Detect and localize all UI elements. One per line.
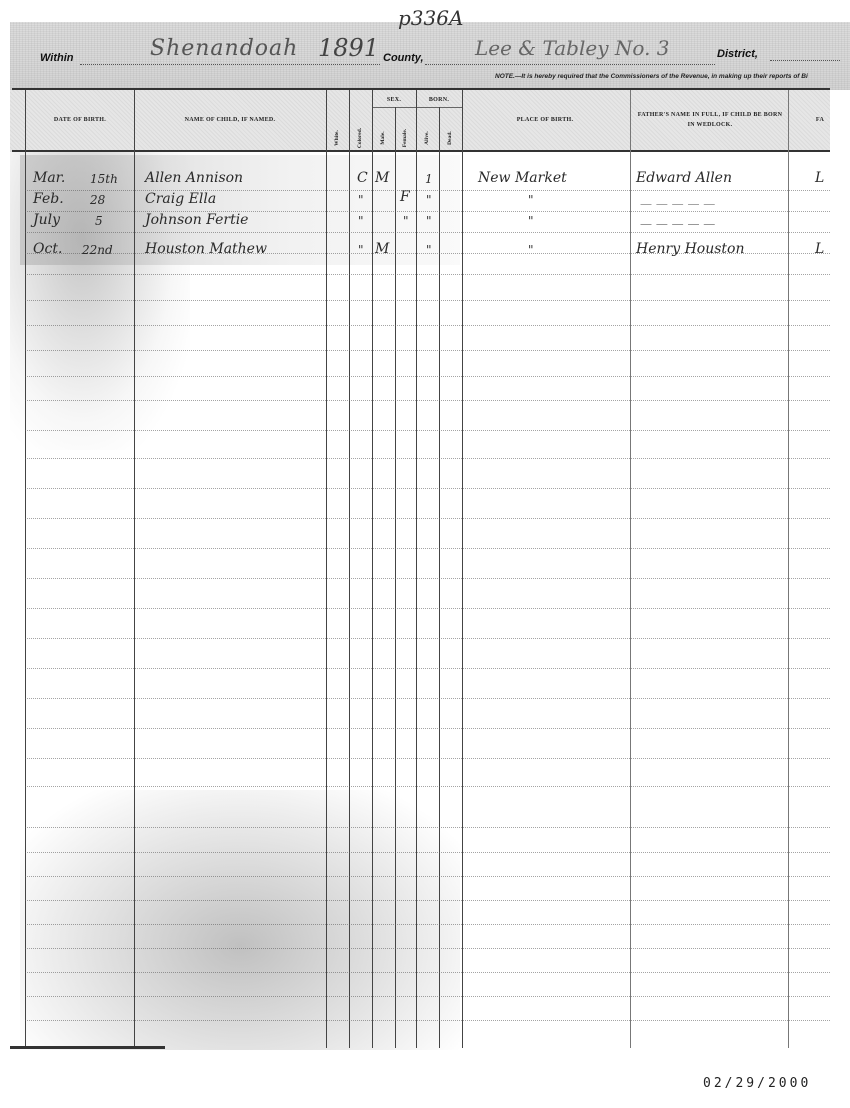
child-name: Houston Mathew [145, 241, 267, 257]
father-name: — — — — — [640, 217, 715, 231]
row-rule [25, 876, 830, 877]
header-dead: Dead. [447, 123, 453, 153]
header-born: Born. [416, 97, 462, 103]
alive-mark: 1 [425, 172, 433, 186]
scan-date-stamp: 02/29/2000 [703, 1076, 811, 1091]
row-rule [25, 488, 830, 489]
father-name: — — — — — [640, 197, 715, 211]
row-rule [25, 758, 830, 759]
row-rule [25, 1020, 830, 1021]
birth-day: 5 [95, 214, 103, 228]
row-rule [25, 400, 830, 401]
race-mark: " [358, 243, 364, 257]
header-name-of-child: Name of Child, if Named. [140, 117, 320, 123]
row-rule [25, 668, 830, 669]
race-mark: " [358, 193, 364, 207]
sex-mark: M [375, 170, 389, 186]
row-rule [25, 350, 830, 351]
county-fill-line [80, 64, 380, 65]
row-rule [25, 232, 830, 233]
header-male: Male. [380, 123, 386, 153]
row-rule [25, 548, 830, 549]
birth-place: New Market [478, 170, 567, 186]
row-rule [25, 852, 830, 853]
register-year: 1891 [318, 34, 379, 62]
child-name: Craig Ella [145, 191, 216, 207]
header-date-of-birth: Date of Birth. [30, 117, 130, 123]
header-female: Female. [402, 123, 408, 153]
header-alive: Alive. [424, 123, 430, 153]
sex-mark: " [403, 214, 409, 228]
birth-month: Mar. [33, 170, 65, 186]
row-rule [25, 638, 830, 639]
district-name: Lee & Tabley No. 3 [475, 36, 670, 60]
column-divider [25, 90, 26, 1048]
birth-month: Oct. [33, 241, 62, 257]
birth-place: " [528, 243, 534, 257]
birth-day: 28 [90, 193, 105, 207]
row-rule [25, 376, 830, 377]
row-rule [25, 996, 830, 997]
row-rule [25, 274, 830, 275]
header-white: White. [334, 123, 340, 153]
column-divider [134, 90, 135, 1048]
column-divider [326, 90, 327, 1048]
instruction-note: NOTE.—It is hereby required that the Com… [495, 73, 808, 80]
header-fathers-name: Father's Name in Full, if Child be Born … [636, 110, 784, 130]
race-mark: " [358, 214, 364, 228]
page-bottom-edge [10, 1046, 165, 1049]
column-divider [462, 90, 463, 1048]
race-mark: C [357, 170, 368, 186]
birth-month: Feb. [33, 191, 64, 207]
row-rule [25, 972, 830, 973]
scan-shading-bottom [20, 790, 460, 1050]
row-rule [25, 325, 830, 326]
father-name: Henry Houston [636, 241, 744, 257]
row-rule [25, 900, 830, 901]
row-rule [25, 948, 830, 949]
row-rule [25, 827, 830, 828]
birth-register-page: p336A Within Shenandoah 1891 County, Lee… [0, 0, 850, 1108]
row-rule [25, 608, 830, 609]
sex-mark: F [400, 189, 410, 205]
group-header-rule [372, 107, 462, 108]
row-rule [25, 518, 830, 519]
column-divider [630, 90, 631, 1048]
row-rule [25, 430, 830, 431]
alive-mark: " [426, 243, 432, 257]
sex-mark: M [375, 241, 389, 257]
row-rule [25, 728, 830, 729]
next-column-value: L [815, 241, 824, 257]
row-rule [25, 924, 830, 925]
father-name: Edward Allen [636, 170, 732, 186]
column-divider [349, 90, 350, 1048]
row-rule [25, 300, 830, 301]
alive-mark: " [426, 214, 432, 228]
child-name: Johnson Fertie [145, 212, 248, 228]
column-divider [416, 90, 417, 1048]
birth-place: " [528, 214, 534, 228]
column-divider [372, 90, 373, 1048]
birth-day: 22nd [82, 243, 113, 257]
header-next-column: Fa [800, 117, 840, 123]
district-tail-line [770, 60, 840, 61]
birth-month: July [33, 212, 60, 228]
page-reference: p336A [398, 6, 463, 30]
column-divider [788, 90, 789, 1048]
alive-mark: " [426, 193, 432, 207]
district-label: District, [717, 48, 758, 60]
row-rule [25, 578, 830, 579]
header-place-of-birth: Place of Birth. [470, 117, 620, 123]
birth-day: 15th [90, 172, 118, 186]
county-name: Shenandoah [150, 36, 298, 61]
next-column-value: L [815, 170, 824, 186]
row-rule [25, 458, 830, 459]
header-colored: Colored. [357, 123, 363, 153]
header-sex: Sex. [372, 97, 416, 103]
county-label: County, [383, 52, 424, 64]
row-rule [25, 698, 830, 699]
row-rule [25, 786, 830, 787]
birth-place: " [528, 193, 534, 207]
within-label: Within [40, 52, 74, 64]
child-name: Allen Annison [145, 170, 243, 186]
district-fill-line [425, 64, 715, 65]
